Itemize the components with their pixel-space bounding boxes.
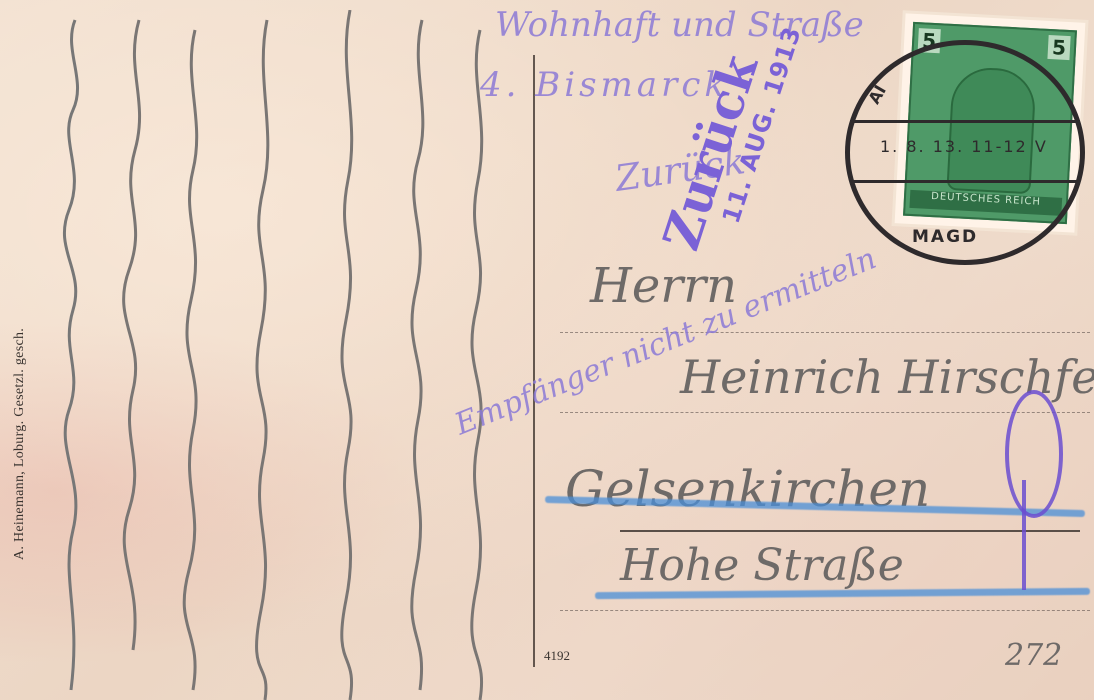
postmark-top-text: AI xyxy=(864,82,890,107)
address-line xyxy=(620,530,1080,532)
message-line xyxy=(55,10,95,700)
annotation-top-line2: 4. Bismarck xyxy=(480,65,729,105)
postmark: AI 1. 8. 13. 11-12 V MAGD xyxy=(845,40,1085,265)
stamp-value: 5 xyxy=(1048,35,1071,60)
postmark-city: MAGD xyxy=(912,227,978,247)
address-line xyxy=(560,610,1090,611)
address-street: Hohe Straße xyxy=(620,540,904,591)
annotation-number: 272 xyxy=(1005,638,1062,673)
violet-stroke-mark xyxy=(1022,480,1026,590)
violet-loop-mark xyxy=(1005,390,1063,518)
postcard-back: A. Heinemann, Loburg. Gesetzl. gesch. 41… xyxy=(0,0,1094,700)
card-number: 4192 xyxy=(544,648,570,664)
return-stamp: Zurück 11. AUG. 1913 xyxy=(655,7,807,265)
message-line xyxy=(400,10,440,700)
annotation-top-line1: Wohnhaft und Straße xyxy=(495,5,864,45)
publisher-imprint: A. Heinemann, Loburg. Gesetzl. gesch. xyxy=(12,328,28,560)
message-line xyxy=(330,10,370,700)
address-salutation: Herrn xyxy=(590,258,737,314)
message-line xyxy=(460,10,500,700)
message-line xyxy=(175,10,215,700)
message-address-divider xyxy=(533,55,535,667)
message-line xyxy=(245,10,285,700)
postmark-date: 1. 8. 13. 11-12 V xyxy=(880,137,1048,156)
message-line xyxy=(115,10,155,700)
